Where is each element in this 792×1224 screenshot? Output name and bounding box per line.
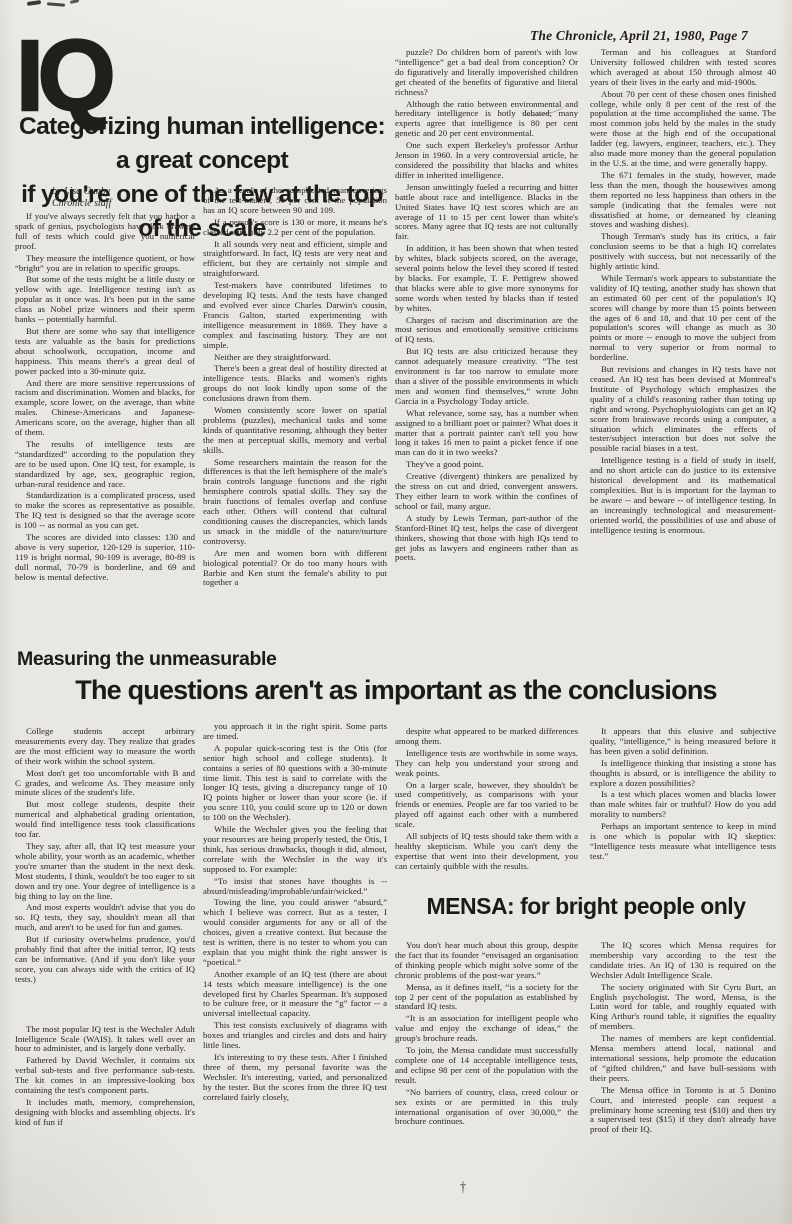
paragraph: Some researchers maintain the reason for… [203, 458, 387, 547]
paragraph: Perhaps an important sentence to keep in… [590, 822, 776, 862]
paragraph: Although the ratio between environmental… [395, 100, 578, 140]
paragraph: On a larger scale, however, they shouldn… [395, 781, 578, 831]
paragraph: The Mensa office in Toronto is at 5 Doni… [590, 1086, 776, 1136]
paragraph: And most experts wouldn't advise that yo… [15, 903, 195, 933]
paragraph: There's been a great deal of hostility d… [203, 364, 387, 404]
paragraph: If a person's score is 130 or more, it m… [203, 218, 387, 238]
paragraph: But IQ tests are also criticized because… [395, 347, 578, 406]
paragraph: Terman and his colleagues at Stanford Un… [590, 48, 776, 88]
pen-scribble-mark [70, 0, 79, 4]
paragraph: Though Terman's study has its critics, a… [590, 232, 776, 272]
paragraph: About 70 per cent of these chosen ones f… [590, 90, 776, 169]
article2-headline: The questions aren't as important as the… [12, 674, 780, 706]
mensa-column-1: You don't hear much about this group, de… [395, 941, 578, 1181]
paragraph: Test-makers have contributed lifetimes t… [203, 281, 387, 350]
article1-headline-line1: Categorizing human intelligence: a great… [12, 110, 392, 178]
paragraph: But if curiosity overwhelms prudence, yo… [15, 935, 195, 985]
paragraph: The society originated with Sir Cyru Bur… [590, 983, 776, 1033]
paragraph: It includes math, memory, comprehension,… [15, 1098, 195, 1128]
paragraph: Women consistently score lower on spatia… [203, 406, 387, 456]
paragraph: Mensa, as it defines itself, “is a socie… [395, 983, 578, 1013]
paragraph: Jenson unwittingly fueled a recurring an… [395, 183, 578, 242]
paragraph: As a result of the complicated manoeuver… [203, 186, 387, 216]
paragraph: The scores are divided into classes: 130… [15, 533, 195, 583]
paragraph: Is a test which places women and blacks … [590, 790, 776, 820]
paragraph: While Terman's work appears to substanti… [590, 274, 776, 363]
paragraph: Charges of racism and discrimination are… [395, 316, 578, 346]
paragraph: The names of members are kept confidenti… [590, 1034, 776, 1084]
paragraph: Another example of an IQ test (there are… [203, 970, 387, 1020]
article2-column-1: College students accept arbitrary measur… [15, 727, 195, 1175]
paragraph: One such expert Berkeley's professor Art… [395, 141, 578, 181]
paragraph: College students accept arbitrary measur… [15, 727, 195, 767]
paragraph: To join, the Mensa candidate must succes… [395, 1046, 578, 1086]
paragraph: While the Wechsler gives you the feeling… [203, 825, 387, 875]
pen-scribble-mark [47, 2, 65, 7]
column-whitespace [15, 987, 195, 1025]
paragraph: If you've always secretly felt that you … [15, 212, 195, 252]
pen-scribble-mark [27, 0, 41, 6]
paragraph: Creative (divergent) thinkers are penali… [395, 472, 578, 512]
paragraph: In addition, it has been shown that when… [395, 244, 578, 313]
paragraph: You don't hear much about this group, de… [395, 941, 578, 981]
paragraph: The most popular IQ test is the Wechsler… [15, 1025, 195, 1055]
article2-column-4: It appears that this elusive and subject… [590, 727, 776, 887]
paragraph: Fathered by David Wechsler, it contains … [15, 1056, 195, 1096]
paragraph: And there are more sensitive repercussio… [15, 379, 195, 438]
paragraph: Intelligence testing is a field of study… [590, 456, 776, 535]
paragraph: But some of the tests might be a little … [15, 275, 195, 325]
paragraph: puzzle? Do children born of parent's wit… [395, 48, 578, 98]
byline: by Lisa Gunby Chronicle staff [52, 186, 111, 210]
mensa-column-2: The IQ scores which Mensa requires for m… [590, 941, 776, 1213]
article1-column-3: puzzle? Do children born of parent's wit… [395, 48, 578, 690]
paragraph: Are men and women born with different bi… [203, 549, 387, 589]
paragraph: It all sounds very neat and efficient, s… [203, 240, 387, 280]
paragraph: Most don't get too uncomfortable with B … [15, 769, 195, 799]
byline-org: Chronicle staff [52, 198, 111, 210]
paragraph: Neither are they straightforward. [203, 353, 387, 363]
paragraph: Towing the line, you could answer “absur… [203, 898, 387, 967]
paragraph: Standardization is a complicated process… [15, 491, 195, 531]
paragraph: What relevance, some say, has a number w… [395, 409, 578, 459]
paragraph: The 671 females in the study, however, m… [590, 171, 776, 230]
paragraph: The results of intelligence tests are “s… [15, 440, 195, 490]
article2-column-2: you approach it in the right spirit. Som… [203, 722, 387, 1175]
paragraph: “It is an association for intelligent pe… [395, 1014, 578, 1044]
article1-column-2: As a result of the complicated manoeuver… [203, 186, 387, 690]
newspaper-page: The Chronicle, April 21, 1980, Page 7 IQ… [0, 0, 792, 1224]
paragraph: They've a good point. [395, 460, 578, 470]
article1-column-4: Terman and his colleagues at Stanford Un… [590, 48, 776, 690]
paragraph: But most college students, despite their… [15, 800, 195, 840]
paragraph: They say, after all, that IQ test measur… [15, 842, 195, 901]
paragraph: A study by Lewis Terman, part-author of … [395, 514, 578, 564]
article2-column-3: despite what appeared to be marked diffe… [395, 727, 578, 887]
paragraph: But revisions and changes in IQ tests ha… [590, 365, 776, 454]
byline-author: by Lisa Gunby [52, 186, 111, 198]
masthead: The Chronicle, April 21, 1980, Page 7 [498, 28, 780, 44]
article2-column-1-bottom: The most popular IQ test is the Wechsler… [15, 1025, 195, 1128]
paragraph: you approach it in the right spirit. Som… [203, 722, 387, 742]
paragraph: But there are some who say that intellig… [15, 327, 195, 377]
paragraph: “No barriers of country, class, creed co… [395, 1088, 578, 1128]
mensa-headline: MENSA: for bright people only [395, 892, 777, 920]
paragraph: It's interesting to try these tests. Aft… [203, 1053, 387, 1103]
paragraph: “To insist that stones have thoughts is … [203, 877, 387, 897]
paragraph: They measure the intelligence quotient, … [15, 254, 195, 274]
article2-column-1-top: College students accept arbitrary measur… [15, 727, 195, 985]
paragraph: Intelligence tests are worthwhile in som… [395, 749, 578, 779]
paragraph: It appears that this elusive and subject… [590, 727, 776, 757]
page-bottom-mark: † [460, 1179, 466, 1197]
paragraph: despite what appeared to be marked diffe… [395, 727, 578, 747]
paragraph: All subjects of IQ tests should take the… [395, 832, 578, 872]
paragraph: Is intelligence thinking that insisting … [590, 759, 776, 789]
paragraph: This test consists exclusively of diagra… [203, 1021, 387, 1051]
paragraph: The IQ scores which Mensa requires for m… [590, 941, 776, 981]
article1-column-1: If you've always secretly felt that you … [15, 212, 195, 690]
paragraph: A popular quick-scoring test is the Otis… [203, 744, 387, 823]
article2-kicker: Measuring the unmeasurable [17, 648, 276, 670]
